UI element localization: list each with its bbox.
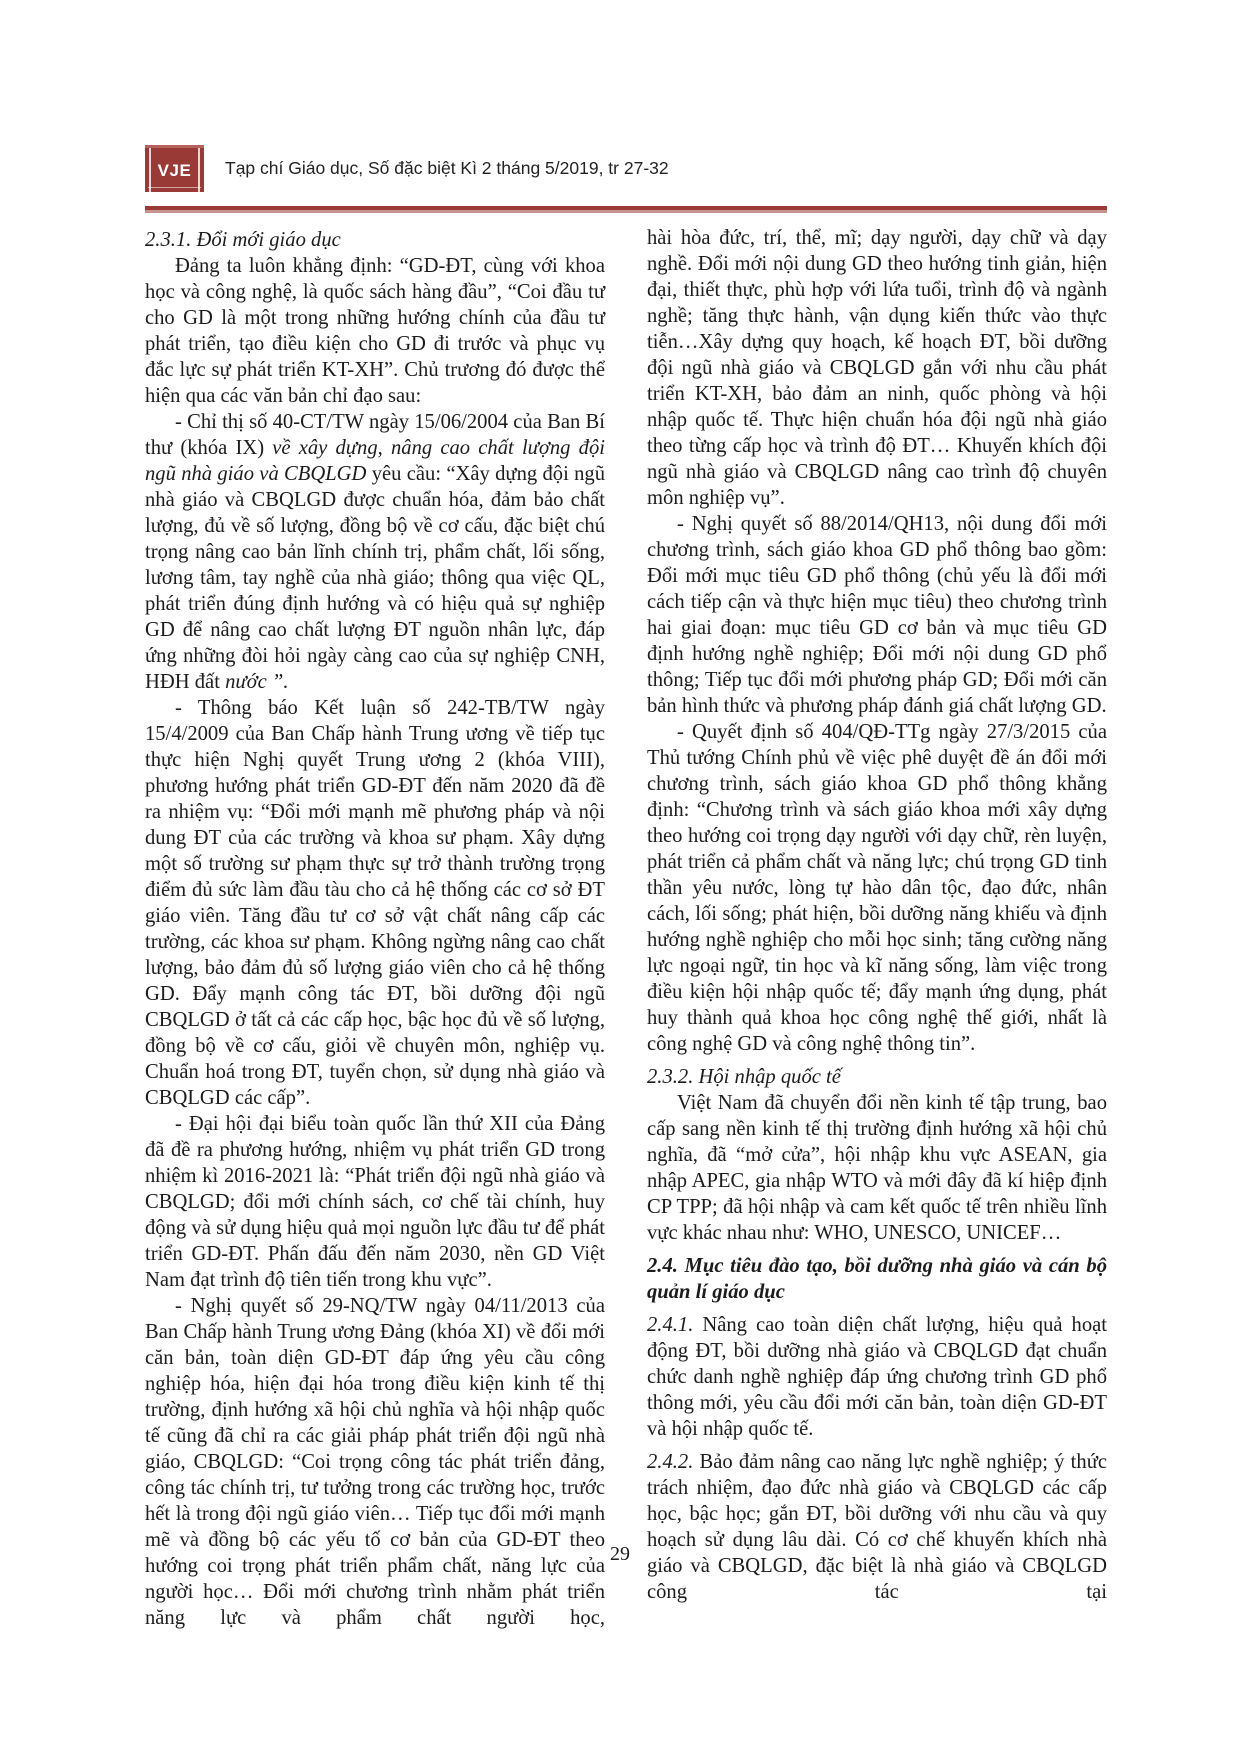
vje-logo-text: VJE [158,162,192,179]
paragraph: - Chỉ thị số 40-CT/TW ngày 15/06/2004 củ… [145,409,605,695]
text-run: Đảng ta luôn khẳng định: “GD-ĐT, cùng vớ… [145,255,605,407]
text-run: 2.4.2. [647,1451,693,1473]
page-footer: 29 [0,1543,1240,1566]
text-run: Bảo đảm nâng cao năng lực nghề nghiệp; ý… [647,1451,1107,1603]
section-heading-2-3-2: 2.3.2. Hội nhập quốc tế [647,1064,1107,1090]
article-body: 2.3.1. Đổi mới giáo dụcĐảng ta luôn khẳn… [145,225,1107,1631]
text-run: nước ”. [225,671,288,693]
paragraph: - Thông báo Kết luận số 242-TB/TW ngày 1… [145,695,605,1111]
section-heading-2-3-1: 2.3.1. Đổi mới giáo dục [145,227,605,253]
left-column: 2.3.1. Đổi mới giáo dụcĐảng ta luôn khẳn… [145,225,605,1631]
paragraph: - Quyết định số 404/QĐ-TTg ngày 27/3/201… [647,719,1107,1057]
journal-citation: Tạp chí Giáo dục, Số đặc biệt Kì 2 tháng… [225,158,669,179]
paragraph: Việt Nam đã chuyển đổi nền kinh tế tập t… [647,1090,1107,1246]
page-number: 29 [610,1543,630,1565]
paragraph-2-4-1: 2.4.1. Nâng cao toàn diện chất lượng, hi… [647,1312,1107,1442]
journal-page: VJE Tạp chí Giáo dục, Số đặc biệt Kì 2 t… [0,0,1240,1754]
right-column: hài hòa đức, trí, thể, mĩ; dạy người, dạ… [647,225,1107,1631]
vje-logo: VJE [145,145,204,192]
section-heading-2-4: 2.4. Mục tiêu đào tạo, bồi dưỡng nhà giá… [647,1253,1107,1305]
text-run: Nâng cao toàn diện chất lượng, hiệu quả … [647,1314,1107,1440]
text-run: 2.4.1. [647,1314,693,1336]
paragraph: - Đại hội đại biểu toàn quốc lần thứ XII… [145,1111,605,1293]
text-run: 2.3.2. Hội nhập quốc tế [647,1066,841,1088]
paragraph-continued: hài hòa đức, trí, thể, mĩ; dạy người, dạ… [647,225,1107,511]
text-run: hài hòa đức, trí, thể, mĩ; dạy người, dạ… [647,227,1107,509]
paragraph: - Nghị quyết số 29-NQ/TW ngày 04/11/2013… [145,1293,605,1631]
text-run: - Nghị quyết số 88/2014/QH13, nội dung đ… [647,513,1107,717]
text-run: - Nghị quyết số 29-NQ/TW ngày 04/11/2013… [145,1295,605,1629]
header-divider [145,206,1107,213]
paragraph: Đảng ta luôn khẳng định: “GD-ĐT, cùng vớ… [145,253,605,409]
paragraph: - Nghị quyết số 88/2014/QH13, nội dung đ… [647,511,1107,719]
text-run: yêu cầu: “Xây dựng đội ngũ nhà giáo và C… [145,463,605,693]
text-run: - Thông báo Kết luận số 242-TB/TW ngày 1… [145,697,605,1109]
text-run: - Quyết định số 404/QĐ-TTg ngày 27/3/201… [647,721,1107,1055]
text-run: 2.3.1. Đổi mới giáo dục [145,229,341,251]
text-run: - Đại hội đại biểu toàn quốc lần thứ XII… [145,1113,605,1291]
text-run: 2.4. Mục tiêu đào tạo, bồi dưỡng nhà giá… [647,1255,1107,1303]
journal-header: VJE Tạp chí Giáo dục, Số đặc biệt Kì 2 t… [145,145,1107,192]
vje-logo-frame: VJE [149,148,201,192]
paragraph-2-4-2: 2.4.2. Bảo đảm nâng cao năng lực nghề ng… [647,1449,1107,1605]
text-run: Việt Nam đã chuyển đổi nền kinh tế tập t… [647,1092,1107,1244]
